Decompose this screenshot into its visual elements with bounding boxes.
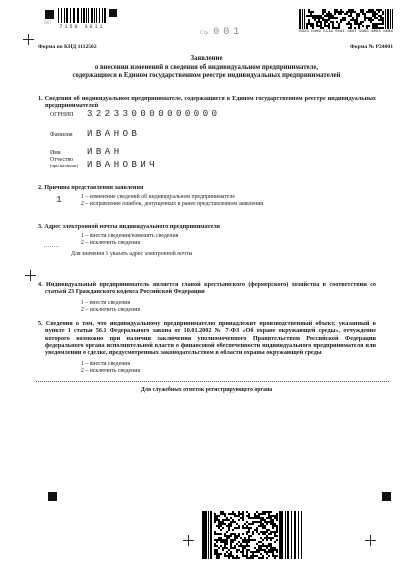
document-title: Заявление о внесении изменений в сведени… xyxy=(38,55,375,81)
surname-label: Фамилия xyxy=(50,132,73,138)
registration-cross-mid-left xyxy=(25,270,36,281)
section2-option2: 2 – исправление ошибок, допущенных в ран… xyxy=(81,201,263,208)
patronymic-note: (при наличии) xyxy=(50,163,78,168)
section5-options: 1 – внести сведения 2 – исключить сведен… xyxy=(81,361,140,376)
ogrnip-label: ОГРНИП xyxy=(50,112,73,118)
section2-options: 1 – изменение сведений об индивидуальном… xyxy=(81,194,263,209)
section4-heading: 4. Индивидуальный предприниматель являет… xyxy=(38,281,376,296)
document-barcode-block: 8323 b4e9 511a 0ca1 dbdf 9395 a0b4 de8a xyxy=(299,9,393,34)
section1-heading: 1. Сведения об индивидуальном предприним… xyxy=(38,95,376,110)
title-line1: Заявление xyxy=(38,55,375,64)
patronymic-label-block: Отчество (при наличии) xyxy=(50,157,78,168)
form-number-label: Форма № Р24001 xyxy=(350,44,393,50)
section4-options: 1 – внести сведения 2 – исключить сведен… xyxy=(81,300,140,315)
section5-option2: 2 – исключить сведения xyxy=(81,368,140,375)
form-barcode-block: 7150 3011 xyxy=(58,8,106,30)
registration-cross-top-left xyxy=(23,34,34,45)
service-marks-separator xyxy=(36,381,389,382)
section2-value: 1 xyxy=(56,194,62,205)
section4-option2: 2 – исключить сведения xyxy=(81,307,140,314)
firstname-label: Имя xyxy=(50,150,61,156)
page-number: 001 xyxy=(213,27,243,38)
anchor-square-top-left-2 xyxy=(109,9,117,17)
section2-heading: 2. Причина представления заявления xyxy=(38,184,376,191)
section5-option1: 1 – внести сведения xyxy=(81,361,140,368)
registration-cross-bottom-center-left xyxy=(183,535,194,546)
anchor-square-top-left xyxy=(45,10,54,19)
firstname-value: ИВАН xyxy=(87,147,123,157)
section3-options: 1 – внести сведения/изменить сведения 2 … xyxy=(81,233,178,248)
anchor-square-bottom-left xyxy=(48,492,57,501)
section5-heading: 5. Сведения о том, что индивидуальному п… xyxy=(38,320,376,356)
form-barcode-1d xyxy=(58,8,106,23)
page-label: Стр. xyxy=(200,31,209,36)
knd-form-label: Форма по КНД 1112502 xyxy=(38,44,97,50)
surname-value: ИВАНОВ xyxy=(87,129,140,139)
form-barcode-digits: 7150 3011 xyxy=(58,24,106,30)
title-line2: о внесении изменений в сведения об индив… xyxy=(38,64,375,73)
anchor-square-bottom-right xyxy=(382,492,391,501)
section3-value-placeholder xyxy=(44,246,59,247)
section3-heading: 3. Адрес электронной почты индивидуально… xyxy=(38,223,376,230)
bottom-barcode-2d xyxy=(202,511,304,559)
section3-note: Для значения 1 указать адрес электронной… xyxy=(71,251,192,257)
document-barcode-caption: 8323 b4e9 511a 0ca1 dbdf 9395 a0b4 de8a xyxy=(299,30,393,34)
ogrnip-value: 322330000000000 xyxy=(87,109,221,119)
section4-option1: 1 – внести сведения xyxy=(81,300,140,307)
registration-cross-bottom-right xyxy=(365,535,376,546)
bottom-barcode-block xyxy=(202,511,304,559)
document-barcode-2d xyxy=(299,9,393,29)
patronymic-value: ИВАНОВИЧ xyxy=(87,160,158,170)
section3-option1: 1 – внести сведения/изменить сведения xyxy=(81,233,178,240)
service-marks-note: Для служебных отметок регистрирующего ор… xyxy=(38,387,375,393)
title-line3: содержащиеся в Едином государственном ре… xyxy=(38,72,375,81)
section3-option2: 2 – исключить сведения xyxy=(81,240,178,247)
form-page: { "header": { "registration_code": "А07"… xyxy=(0,0,413,584)
registration-code-label: А07 xyxy=(44,20,52,25)
page-number-block: Стр. 001 xyxy=(200,21,243,39)
